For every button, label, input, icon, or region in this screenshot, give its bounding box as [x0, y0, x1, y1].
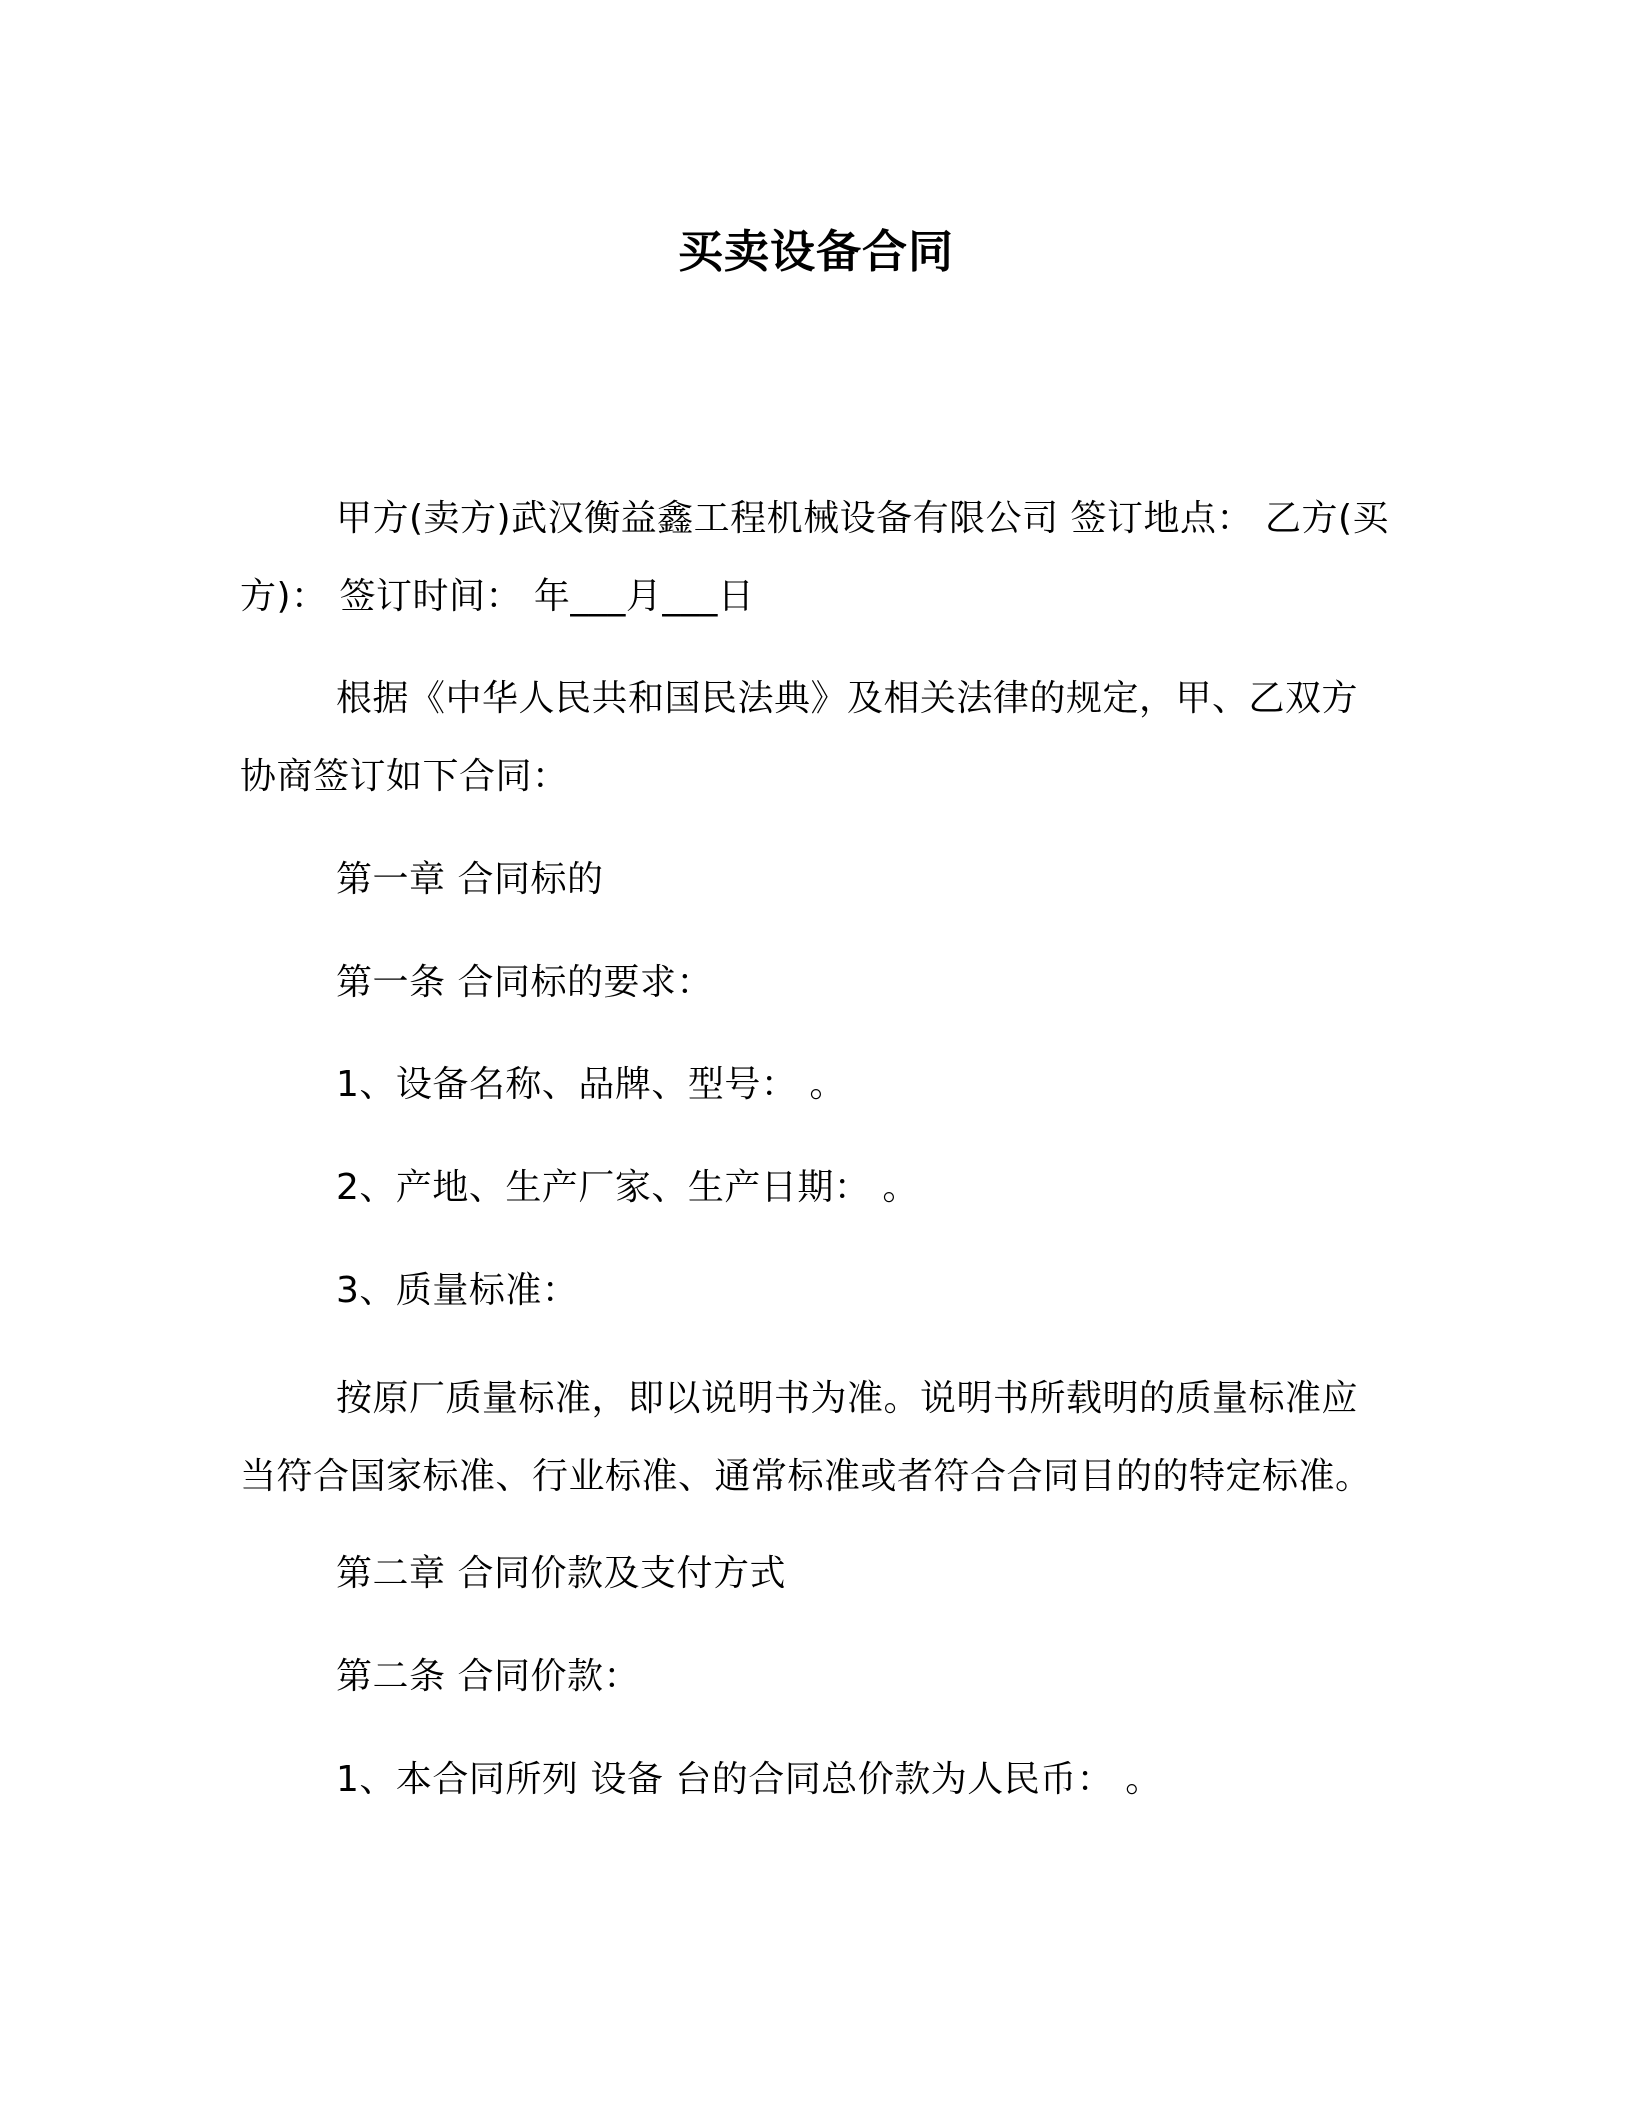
document-page: 买卖设备合同 甲方(卖方)武汉衡益鑫工程机械设备有限公司 签订地点： 乙方(买方…: [0, 0, 1632, 2112]
article-1-item-1: 1、设备名称、品牌、型号： 。: [336, 1060, 846, 1110]
parties-paragraph: 甲方(卖方)武汉衡益鑫工程机械设备有限公司 签订地点： 乙方(买方)： 签订时间…: [240, 480, 1390, 636]
article-1-item-2: 2、产地、生产厂家、生产日期： 。: [336, 1163, 919, 1213]
article-1-item-3: 3、质量标准：: [336, 1266, 578, 1316]
chapter-2-heading: 第二章 合同价款及支付方式: [336, 1549, 786, 1599]
article-2-item-1: 1、本合同所列 设备 台的合同总价款为人民币： 。: [336, 1755, 1162, 1805]
article-1-heading: 第一条 合同标的要求：: [336, 958, 713, 1008]
article-2-heading: 第二条 合同价款：: [336, 1652, 640, 1702]
basis-paragraph: 根据《中华人民共和国民法典》及相关法律的规定，甲、乙双方协商签订如下合同：: [240, 660, 1390, 816]
quality-standard-paragraph: 按原厂质量标准，即以说明书为准。说明书所载明的质量标准应当符合国家标准、行业标准…: [240, 1360, 1390, 1516]
document-title: 买卖设备合同: [0, 222, 1632, 282]
chapter-1-heading: 第一章 合同标的: [336, 855, 603, 905]
